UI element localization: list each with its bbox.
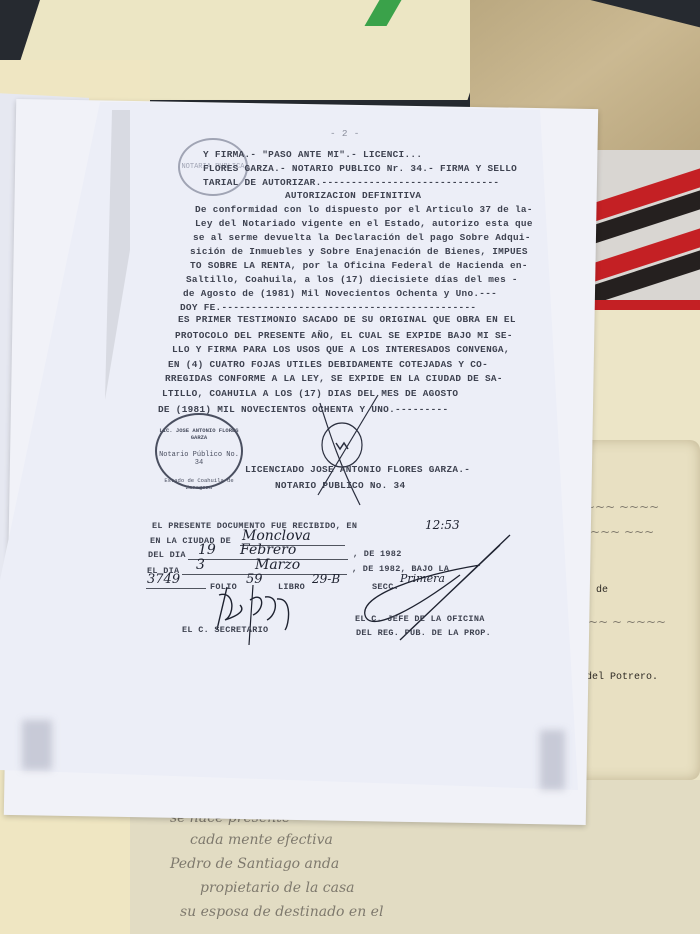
secretary-signature xyxy=(205,585,305,645)
body-line: se al serme devuelta la Declaración del … xyxy=(193,232,531,243)
received-day: 19 xyxy=(198,542,216,558)
chief-label-line2: DEL REG. PUB. DE LA PROP. xyxy=(356,628,491,638)
testimony-line: LLO Y FIRMA PARA LOS USOS QUE A LOS INTE… xyxy=(172,344,510,355)
registry-time: 12:53 xyxy=(425,518,460,532)
registered-day: 3 xyxy=(196,557,205,573)
libro-value: 29-B xyxy=(312,572,340,586)
testimony-line: PROTOCOLO DEL PRESENTE AÑO, EL CUAL SE E… xyxy=(175,330,513,341)
testimony-line: ES PRIMER TESTIMONIO SACADO DE SU ORIGIN… xyxy=(178,314,516,325)
body-line: sición de Inmuebles y Sobre Enajenación … xyxy=(190,246,528,257)
body-line: De conformidad con lo dispuesto por el A… xyxy=(195,204,533,215)
registered-month: Marzo xyxy=(255,557,300,573)
ink-smudge xyxy=(540,730,565,790)
notary-seal: LIC. JOSE ANTONIO FLORES GARZA Notario P… xyxy=(155,413,243,489)
testimony-line: EN (4) CUATRO FOJAS UTILES DEBIDAMENTE C… xyxy=(168,359,488,370)
registry-day-label: DEL DIA xyxy=(148,550,186,560)
received-month: Febrero xyxy=(240,542,296,558)
seal-ring-text: LIC. JOSE ANTONIO FLORES GARZA xyxy=(157,427,241,441)
notary-title: NOTARIO PUBLICO No. 34 xyxy=(275,480,405,491)
registry-city-label: EN LA CIUDAD DE xyxy=(150,536,231,546)
seal-bottom-text: Estado de Coahuila de Zaragoza xyxy=(157,477,241,491)
body-line: TO SOBRE LA RENTA, por la Oficina Federa… xyxy=(190,260,528,271)
main-document: - 2 - NOTARIA PUBLICA Y FIRMA.- "PASO AN… xyxy=(0,0,700,934)
notary-signature xyxy=(300,395,390,525)
body-line: DOY FE.---------------------------------… xyxy=(180,302,476,313)
body-line: Ley del Notariado vigente en el Estado, … xyxy=(195,218,533,229)
intro-line: TARIAL DE AUTORIZAR.--------------------… xyxy=(203,177,499,188)
page-marker: - 2 - xyxy=(330,128,360,139)
testimony-line: RREGIDAS CONFORME A LA LEY, SE EXPIDE EN… xyxy=(165,373,503,384)
registry-number: 3749 xyxy=(147,572,180,587)
ink-smudge xyxy=(22,720,52,770)
notary-name: LICENCIADO JOSE ANTONIO FLORES GARZA.- xyxy=(245,464,470,475)
chief-label-line1: EL C. JEFE DE LA OFICINA xyxy=(355,614,485,624)
intro-line: Y FIRMA.- "PASO ANTE MI".- LICENCI... xyxy=(203,149,422,160)
intro-line: FLORES GARZA.- NOTARIO PUBLICO Nr. 34.- … xyxy=(203,163,517,174)
secretary-label: EL C. SECRETARIO xyxy=(182,625,268,635)
body-line: de Agosto de (1981) Mil Novecientos Oche… xyxy=(183,288,497,299)
seal-center-text: Notario Público No. 34 xyxy=(157,451,241,467)
body-line: Saltillo, Coahuila, a los (17) diecisiet… xyxy=(186,274,518,285)
section-heading: AUTORIZACION DEFINITIVA xyxy=(285,190,421,201)
